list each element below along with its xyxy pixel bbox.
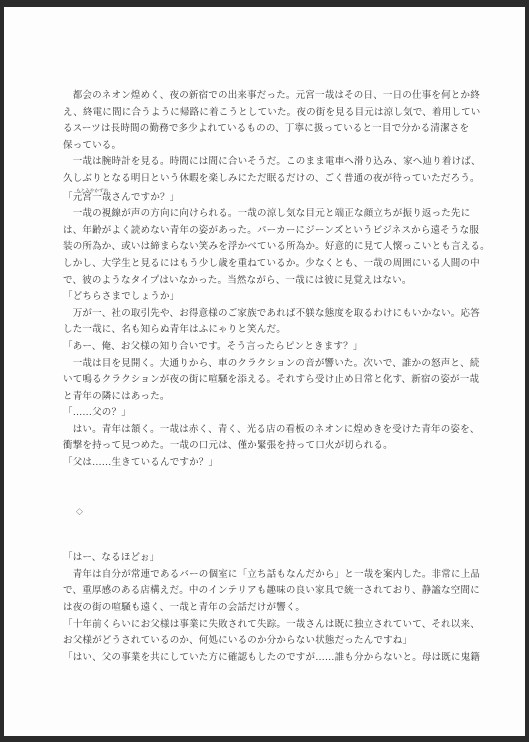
text-line: 一哉は目を見開く。大通りから、車のクラクションの音が響いた。次いで、誰かの怒声と… [63, 356, 467, 373]
paper-page: 都会のネオン煌めく、夜の新宿での出来事だった。元宮一哉はその日、一日の仕事を何と… [4, 7, 525, 736]
text-line: え、終電に間に合うように帰路に着こうとしていた。夜の街を見る目元は涼し気で、着用… [63, 105, 467, 122]
text-line: 「どちらさまでしょうか」 [63, 289, 467, 306]
text-line: 保っている。 [63, 138, 467, 155]
text-line: と青年の隣にはあった。 [63, 389, 467, 406]
text-line: 青年は自分が常連であるバーの個室に「立ち話もなんだから」と一哉を案内した。非常に… [63, 567, 467, 584]
text-line: は、年齢がよく読めない青年の姿があった。パーカーにジーンズというビジネスから遠そ… [63, 223, 467, 240]
text-line: した一哉に、名も知らぬ青年はふにゃりと笑んだ。 [63, 322, 467, 339]
text-line: お父様がどうされているのか、何処にいるのか分からない状態だったんですね」 [63, 633, 467, 650]
text-line: しかし、大学生と見るにはもう少し歳を重ねているか。少なくとも、一哉の周囲にいる人… [63, 256, 467, 273]
text-line-with-ruby: 「元宮一哉もとみやかずやさんですか？」 [63, 188, 467, 207]
text-line: で、重厚感のある店構えだ。中のインテリアも趣味の良い家具で統一されており、静謐な… [63, 583, 467, 600]
text-line: るスーツは長時間の勤務で多少よれているものの、丁寧に扱っていると一目で分かる清潔… [63, 121, 467, 138]
text-line: 「父は……生きているんですか？」 [63, 455, 467, 472]
text-line: 一哉の視線が声の方向に向けられる。一哉の涼し気な目元と端正な顔立ちが振り返った先… [63, 206, 467, 223]
text-line: 「はー、なるほどぉ」 [63, 550, 467, 567]
text-line: で、彼のようなタイプはいなかった。当然ながら、一哉には彼に見覚えはない。 [63, 273, 467, 290]
text-line: は夜の街の喧騒も遠く、一哉と青年の会話だけが響く。 [63, 600, 467, 617]
text-line: 「……父の？」 [63, 405, 467, 422]
text-body: 都会のネオン煌めく、夜の新宿での出来事だった。元宮一哉はその日、一日の仕事を何と… [63, 88, 467, 666]
text-line: 衝撃を持って見つめた。一哉の口元は、僅か緊張を持って口火が切られる。 [63, 438, 467, 455]
text-line: 装の所為か、或いは締まらない笑みを浮かべている所為か。好意的に見て人懐っこいとも… [63, 239, 467, 256]
text-line: 「十年前くらいにお父様は事業に失敗されて失踪。一哉さんは既に独立されていて、それ… [63, 617, 467, 634]
furigana-ruby: 元宮一哉もとみやかずや [73, 193, 112, 203]
text-line: はい。青年は頷く。一哉は赤く、青く、光る店の看板のネオンに煌めきを受けた青年の姿… [63, 422, 467, 439]
text-line: 「はい、父の事業を共にしていた方に確認もしたのですが……誰も分からないと。母は既… [63, 650, 467, 667]
page-frame: 都会のネオン煌めく、夜の新宿での出来事だった。元宮一哉はその日、一日の仕事を何と… [0, 0, 529, 742]
section-divider: ◇ [76, 503, 467, 520]
text-line: 「あー、俺、お父様の知り合いです。そう言ったらピンときます？」 [63, 339, 467, 356]
text-line: 万が一、社の取引先や、お得意様のご家族であれば不躾な態度を取るわけにもいかない。… [63, 306, 467, 323]
text-line: 一哉は腕時計を見る。時間には間に合いそうだ。このまま電車へ滑り込み、家へ辿り着け… [63, 154, 467, 171]
text-line: 都会のネオン煌めく、夜の新宿での出来事だった。元宮一哉はその日、一日の仕事を何と… [63, 88, 467, 105]
text-line: 久しぶりとなる明日という休暇を楽しみにただ眠るだけの、ごく普通の夜が待っていただ… [63, 171, 467, 188]
text-line: いて鳴るクラクションが夜の街に喧騒を添える。それすら受け止め日常と化す、新宿の姿… [63, 372, 467, 389]
